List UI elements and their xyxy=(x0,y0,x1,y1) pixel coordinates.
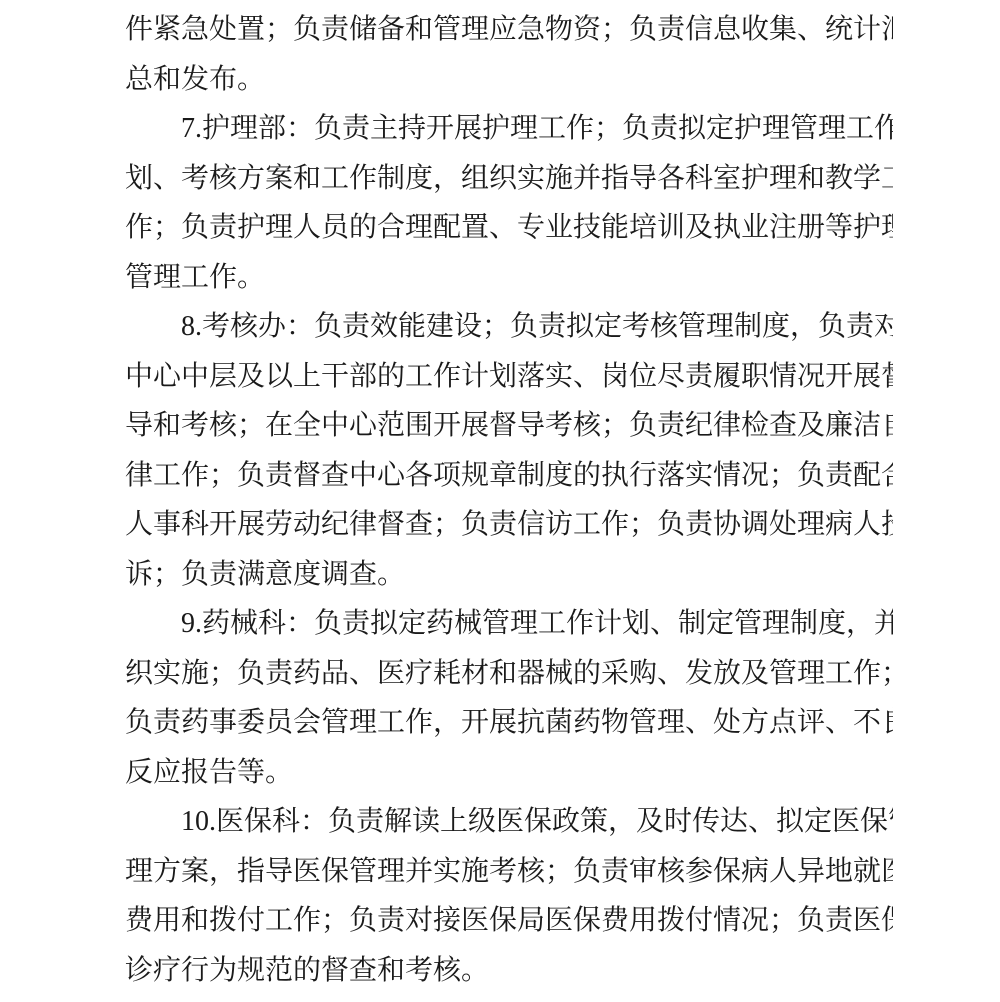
text-line: 人事科开展劳动纪律督查；负责信访工作；负责协调处理病人投 xyxy=(125,500,893,550)
text-line: 10.医保科：负责解读上级医保政策，及时传达、拟定医保管 xyxy=(125,797,893,847)
text-line: 费用和拨付工作；负责对接医保局医保费用拨付情况；负责医保 xyxy=(125,896,893,946)
document-page: 件紧急处置；负责储备和管理应急物资；负责信息收集、统计汇 总和发布。 7.护理部… xyxy=(0,0,1000,1002)
paragraph-item-8-assessment-office: 8.考核办：负责效能建设；负责拟定考核管理制度，负责对全 中心中层及以上干部的工… xyxy=(125,302,893,599)
paragraph-item-9-pharmacy-equipment-dept: 9.药械科：负责拟定药械管理工作计划、制定管理制度，并组 织实施；负责药品、医疗… xyxy=(125,599,893,797)
text-line: 织实施；负责药品、医疗耗材和器械的采购、发放及管理工作； xyxy=(125,649,893,699)
text-line: 划、考核方案和工作制度，组织实施并指导各科室护理和教学工 xyxy=(125,154,893,204)
text-line: 件紧急处置；负责储备和管理应急物资；负责信息收集、统计汇 xyxy=(125,5,893,55)
text-line: 9.药械科：负责拟定药械管理工作计划、制定管理制度，并组 xyxy=(125,599,893,649)
text-line: 8.考核办：负责效能建设；负责拟定考核管理制度，负责对全 xyxy=(125,302,893,352)
text-line: 7.护理部：负责主持开展护理工作；负责拟定护理管理工作计 xyxy=(125,104,893,154)
text-line: 导和考核；在全中心范围开展督导考核；负责纪律检查及廉洁自 xyxy=(125,401,893,451)
text-line: 中心中层及以上干部的工作计划落实、岗位尽责履职情况开展督 xyxy=(125,352,893,402)
paragraph-item-7-nursing-dept: 7.护理部：负责主持开展护理工作；负责拟定护理管理工作计 划、考核方案和工作制度… xyxy=(125,104,893,302)
text-line: 管理工作。 xyxy=(125,253,893,303)
text-line: 负责药事委员会管理工作，开展抗菌药物管理、处方点评、不良 xyxy=(125,698,893,748)
paragraph-item-10-medical-insurance-dept: 10.医保科：负责解读上级医保政策，及时传达、拟定医保管 理方案，指导医保管理并… xyxy=(125,797,893,995)
text-line: 理方案，指导医保管理并实施考核；负责审核参保病人异地就医 xyxy=(125,847,893,897)
text-line: 诊疗行为规范的督查和考核。 xyxy=(125,946,893,996)
paragraph-continuation-emergency: 件紧急处置；负责储备和管理应急物资；负责信息收集、统计汇 总和发布。 xyxy=(125,5,893,104)
text-line: 诉；负责满意度调查。 xyxy=(125,550,893,600)
text-line: 律工作；负责督查中心各项规章制度的执行落实情况；负责配合 xyxy=(125,451,893,501)
text-line: 作；负责护理人员的合理配置、专业技能培训及执业注册等护理 xyxy=(125,203,893,253)
text-line: 总和发布。 xyxy=(125,55,893,105)
text-line: 反应报告等。 xyxy=(125,748,893,798)
